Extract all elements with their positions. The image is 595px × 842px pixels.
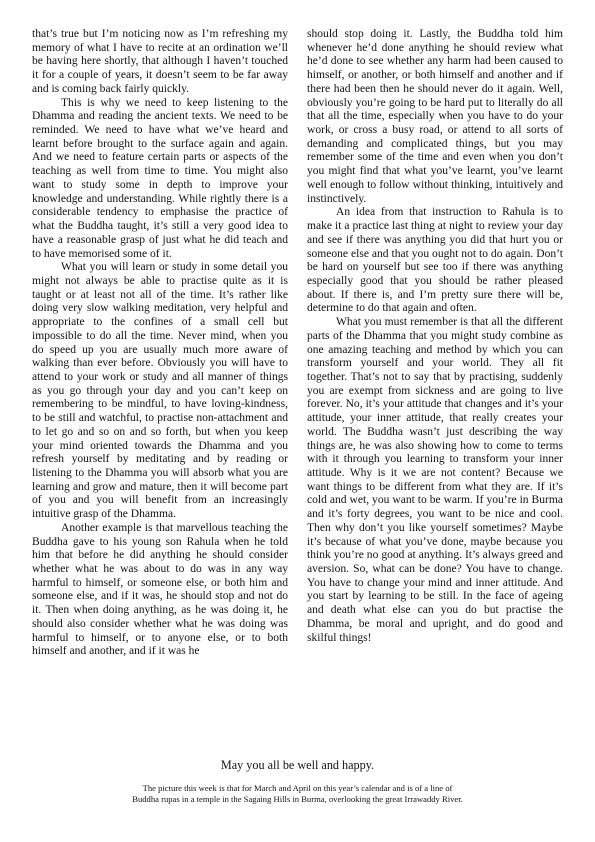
closing-blessing: May you all be well and happy. [0,758,595,773]
paragraph: should stop doing it. Lastly, the Buddha… [307,28,563,206]
right-column: should stop doing it. Lastly, the Buddha… [307,28,563,645]
caption-line: The picture this week is that for March … [60,783,535,794]
left-column: that’s true but I’m noticing now as I’m … [32,28,288,659]
paragraph: An idea from that instruction to Rahula … [307,206,563,316]
paragraph: What you will learn or study in some det… [32,261,288,522]
paragraph: that’s true but I’m noticing now as I’m … [32,28,288,97]
paragraph: Another example is that marvellous teach… [32,522,288,659]
paragraph: This is why we need to keep listening to… [32,97,288,262]
picture-caption: The picture this week is that for March … [60,783,535,804]
paragraph: What you must remember is that all the d… [307,316,563,645]
caption-line: Buddha rupas in a temple in the Sagaing … [60,794,535,805]
document-page: that’s true but I’m noticing now as I’m … [0,0,595,842]
